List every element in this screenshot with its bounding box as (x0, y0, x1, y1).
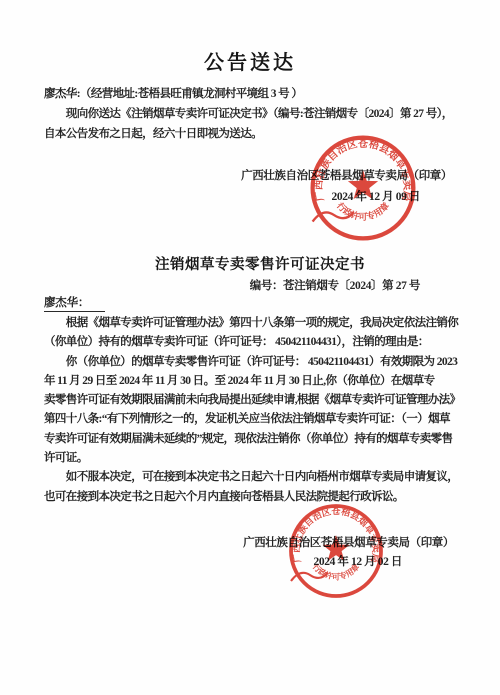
decision-line: 你（你单位）的烟草专卖零售许可证（许可证号： 450421104431）有效期限… (44, 353, 474, 372)
decision-line: 卖零售许可证有效期限届满前未向我局提出延续申请,根据《烟草专卖许可证管理办法》 (44, 391, 474, 410)
official-seal-stamp: 广西壮族自治区苍梧县烟草专卖局 行政许可专用章 (286, 501, 386, 601)
decision-title: 注销烟草专卖零售许可证决定书 (60, 253, 460, 274)
notice-line-recipient: 廖杰华:（经营地址:苍梧县旺甫镇龙洞村平境组 3 号 ） (44, 84, 474, 104)
decision-line: 第四十八条:“有下列情形之一的，发证机关应当依法注销烟草专卖许可证：（一）烟草 (44, 410, 474, 429)
seal-star-icon (348, 170, 378, 199)
notice-line-delivery: 现向你送达《注销烟草专卖许可证决定书》（编号:苍注销烟专〔2024〕第 27 号… (44, 104, 474, 124)
decision-line: 年 11 月 29 日至 2024 年 11 月 30 日。至 2024 年 1… (44, 372, 474, 391)
seal-star-icon (323, 535, 350, 561)
seal-arc-text: 广西壮族自治区苍梧县烟草专卖局 (290, 505, 382, 564)
decision-doc-number: 编号：苍注销烟专〔2024〕第 27 号 (250, 277, 420, 293)
decision-line: 专卖许可证有效期届满未延续的”规定，现依法注销你（你单位）持有的烟草专卖零售 (44, 430, 474, 449)
official-seal-stamp: 广西壮族自治区苍梧县烟草专卖局 行政许可专用章 (307, 132, 419, 244)
decision-line: 根据《烟草专卖许可证管理办法》第四十八条第一项的规定，我局决定依法注销你 (44, 314, 474, 333)
decision-salutation: 廖杰华： (44, 294, 105, 312)
decision-line: 许可证。 (44, 449, 474, 468)
scanned-official-document: 公告送达 廖杰华:（经营地址:苍梧县旺甫镇龙洞村平境组 3 号 ） 现向你送达《… (0, 0, 500, 695)
decision-body: 根据《烟草专卖许可证管理办法》第四十八条第一项的规定，我局决定依法注销你 （你单… (44, 314, 474, 507)
decision-line: （你单位）持有的烟草专卖许可证（许可证号： 450421104431），注销的理… (44, 333, 474, 352)
notice-title: 公告送达 (0, 46, 500, 75)
decision-line: 如不服本决定，可在接到本决定书之日起六十日内向梧州市烟草专卖局申请复议， (44, 468, 474, 487)
decision-line: 也可在接到本决定书之日起六个月内直接向苍梧县人民法院提起行政诉讼。 (44, 488, 474, 507)
